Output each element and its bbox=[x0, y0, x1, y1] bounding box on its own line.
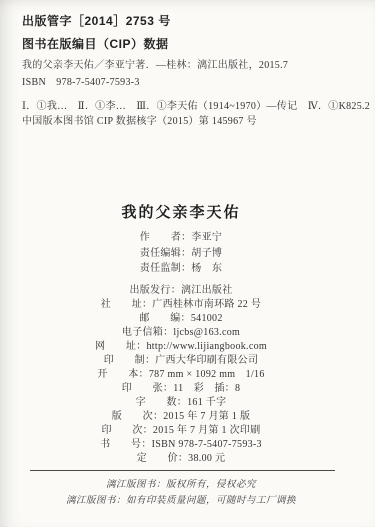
publication-line: 字 数：161 千字 bbox=[10, 396, 352, 410]
publication-line: 社 址：广西桂林市南环路 22 号 bbox=[10, 298, 352, 312]
publication-line: 印 次：2015 年 7 月第 1 次印刷 bbox=[10, 424, 352, 438]
book-title: 我的父亲李天佑 bbox=[10, 201, 352, 222]
credit-line: 作 者：李亚宁 bbox=[10, 230, 352, 246]
notice-line: 漓江版图书：版权所有，侵权必究 bbox=[10, 478, 352, 494]
publication-line: 印 张：11 彩 插：8 bbox=[10, 382, 352, 396]
isbn-line: ISBN 978-7-5407-7593-3 bbox=[22, 73, 140, 88]
notice-block: 漓江版图书：版权所有，侵权必究漓江版图书：如有印装质量问题，可随时与工厂调换 bbox=[10, 478, 352, 509]
publication-block: 出版发行：漓江出版社社 址：广西桂林市南环路 22 号邮 编：541002电子信… bbox=[10, 284, 352, 466]
publication-line: 书 号：ISBN 978-7-5407-7593-3 bbox=[10, 438, 352, 452]
registration-number: 出版管字［2014］2753 号 bbox=[22, 12, 171, 29]
publication-line: 开 本：787 mm × 1092 mm 1/16 bbox=[10, 368, 352, 382]
cip-record-line: 中国版本图书馆 CIP 数据核字（2015）第 145967 号 bbox=[22, 112, 257, 127]
cip-entry-line: 我的父亲李天佑／李亚宁著．—桂林：漓江出版社，2015.7 bbox=[22, 56, 288, 71]
publication-line: 印 制：广西大华印刷有限公司 bbox=[10, 354, 352, 368]
publication-line: 版 次：2015 年 7 月第 1 版 bbox=[10, 410, 352, 424]
publication-line: 电子信箱：ljcbs@163.com bbox=[10, 326, 352, 340]
credit-line: 责任监制：杨 东 bbox=[10, 261, 352, 277]
publication-line: 出版发行：漓江出版社 bbox=[10, 284, 352, 298]
cip-classification-line: Ⅰ．①我… Ⅱ．①李… Ⅲ．①李天佑（1914~1970）—传记 Ⅳ．①K825… bbox=[22, 97, 370, 112]
publication-line: 网 址：http://www.lijiangbook.com bbox=[10, 340, 352, 354]
credit-line: 责任编辑：胡子博 bbox=[10, 246, 352, 262]
credits-block: 作 者：李亚宁责任编辑：胡子博责任监制：杨 东 bbox=[10, 230, 352, 277]
publication-line: 定 价：38.00 元 bbox=[10, 452, 352, 466]
divider-rule bbox=[30, 470, 335, 471]
copyright-page: 出版管字［2014］2753 号 图书在版编目（CIP）数据 我的父亲李天佑／李… bbox=[0, 0, 375, 527]
notice-line: 漓江版图书：如有印装质量问题，可随时与工厂调换 bbox=[10, 494, 352, 510]
cip-heading: 图书在版编目（CIP）数据 bbox=[22, 35, 169, 52]
publication-line: 邮 编：541002 bbox=[10, 312, 352, 326]
